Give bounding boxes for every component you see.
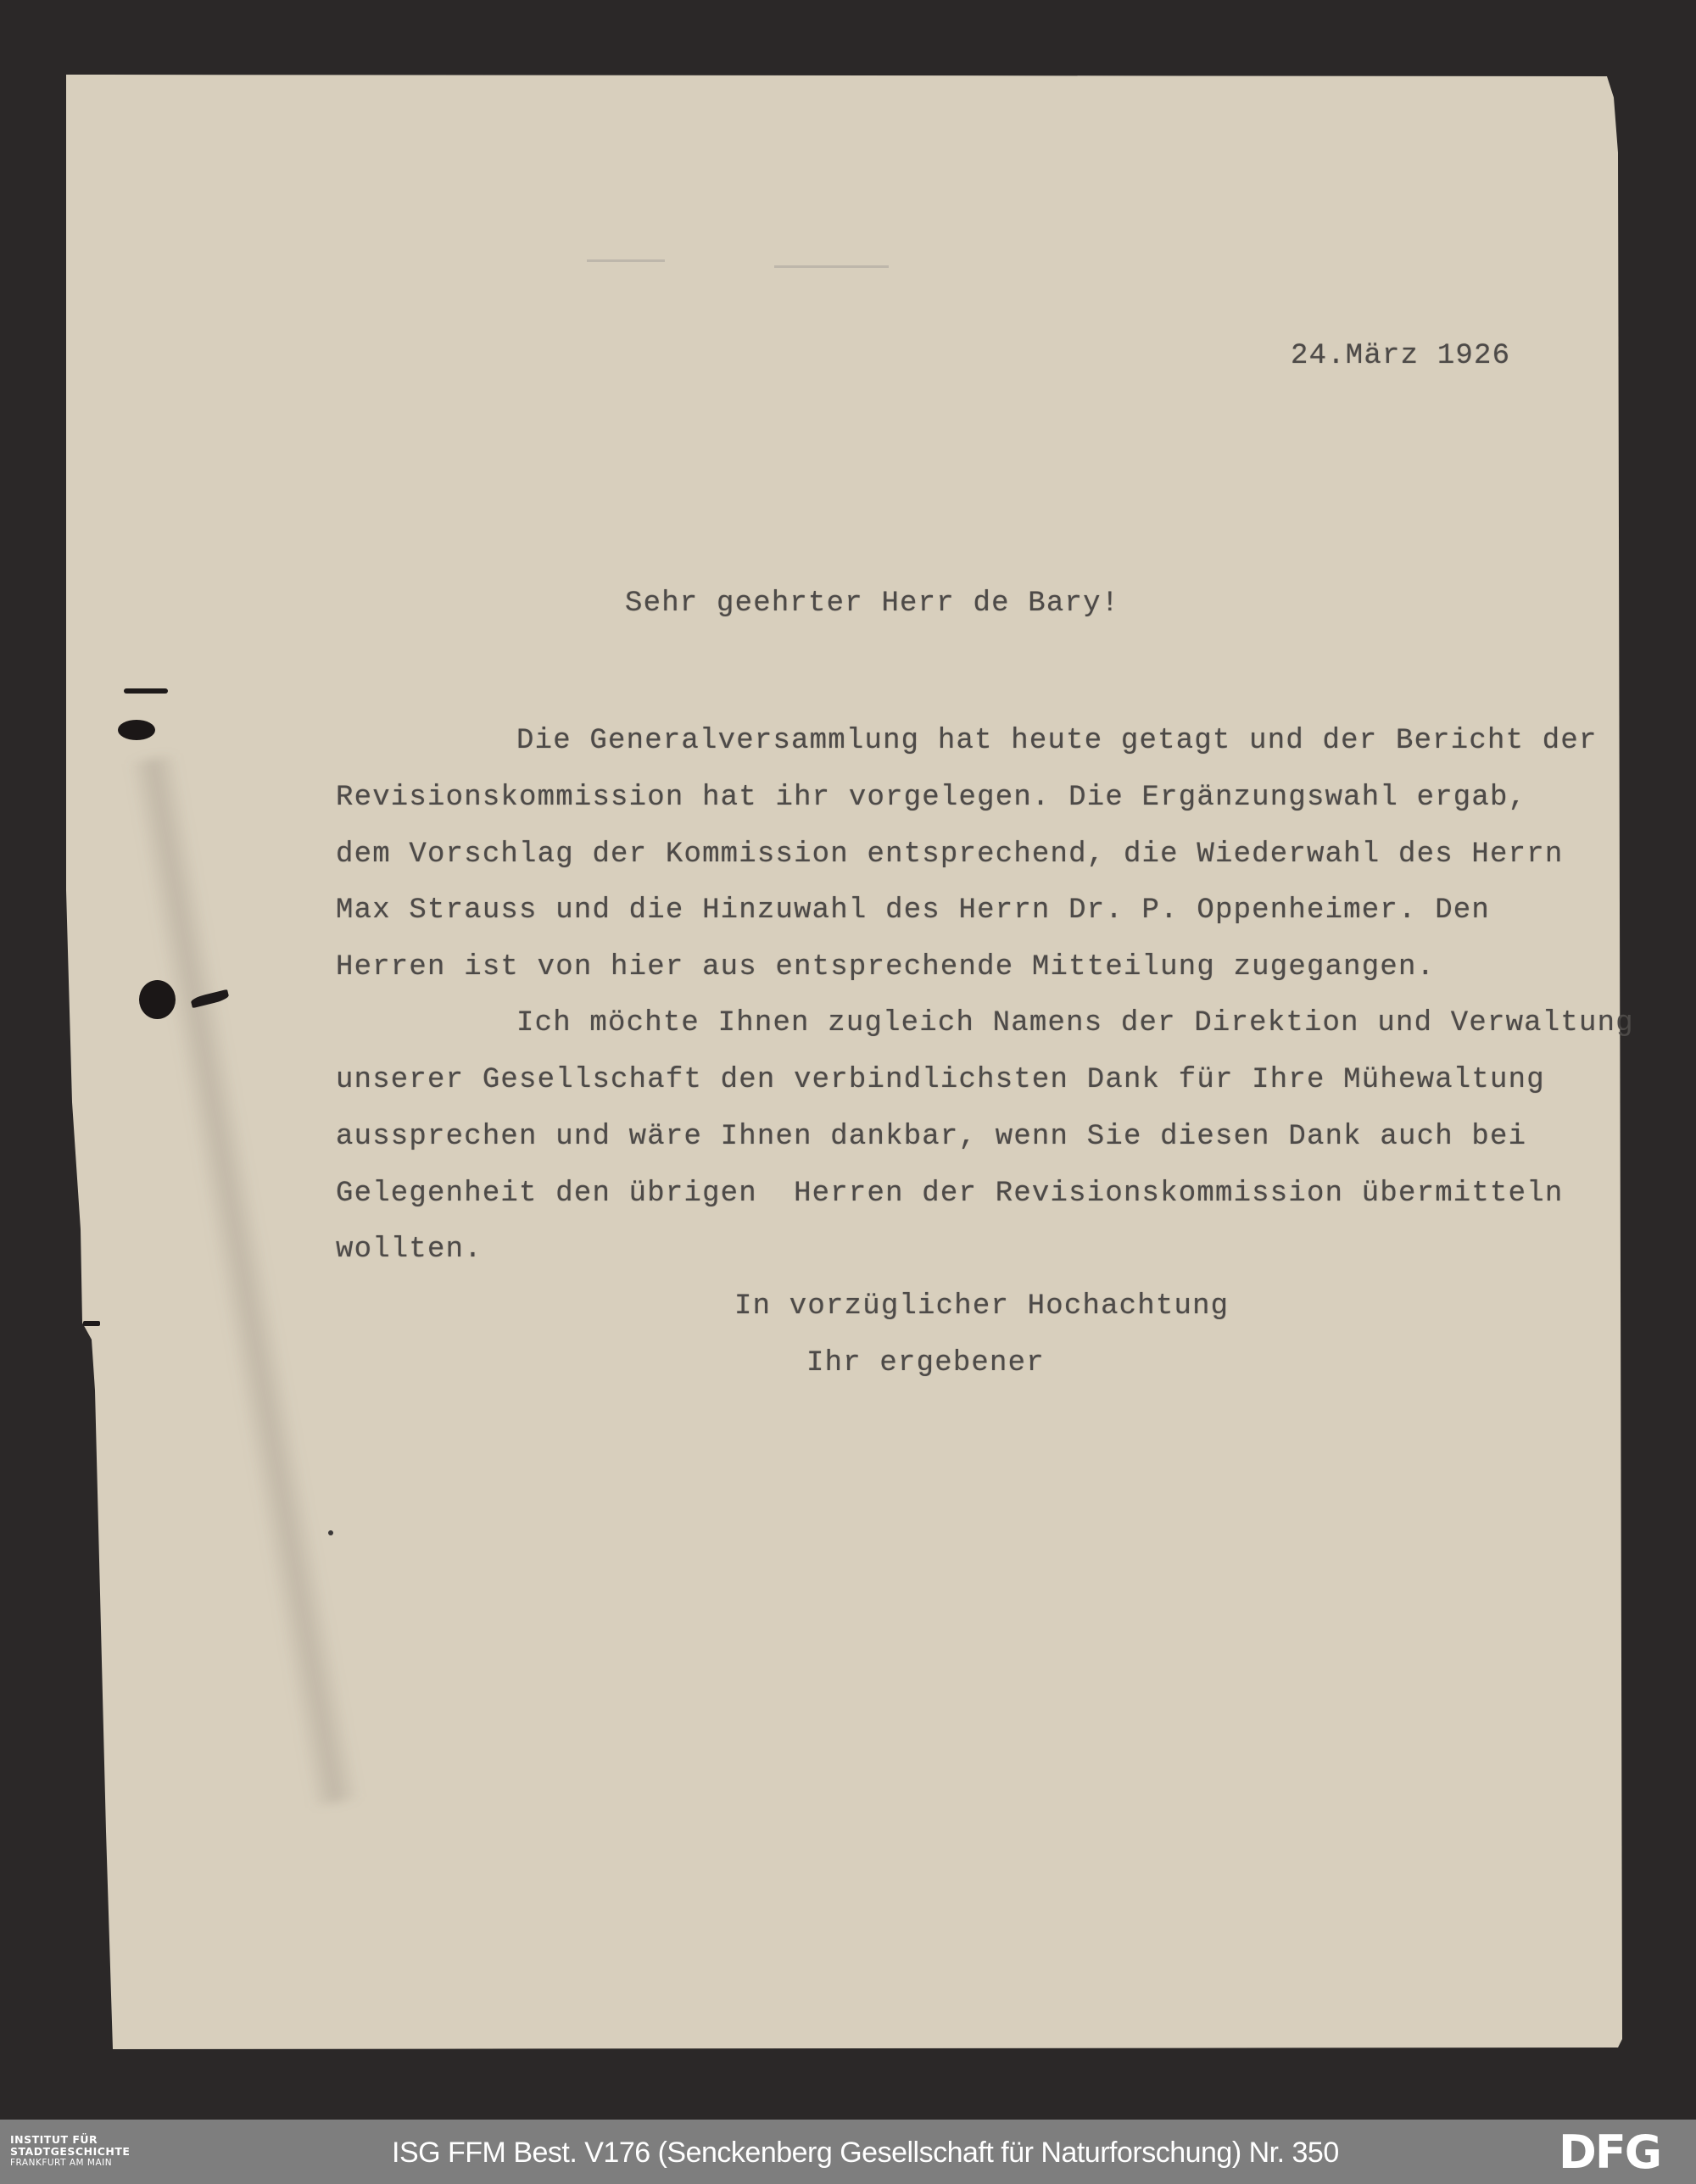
letter-signoff: Ihr ergebener bbox=[806, 1349, 1045, 1378]
body-line: Gelegenheit den übrigen Herren der Revis… bbox=[336, 1179, 1563, 1208]
letter-date: 24.März 1926 bbox=[1291, 342, 1510, 370]
body-line: Revisionskommission hat ihr vorgelegen. … bbox=[336, 783, 1526, 812]
body-line: Ich möchte Ihnen zugleich Namens der Dir… bbox=[516, 1009, 1634, 1038]
filing-mark bbox=[124, 688, 168, 694]
punch-hole-bottom bbox=[139, 980, 176, 1019]
isg-logo-line-1: INSTITUT FÜR bbox=[10, 2135, 130, 2146]
faint-letterhead-line-left bbox=[587, 259, 665, 262]
letter-salutation: Sehr geehrter Herr de Bary! bbox=[625, 589, 1119, 618]
archive-reference-caption: ISG FFM Best. V176 (Senckenberg Gesellsc… bbox=[392, 2137, 1339, 2170]
ink-speck bbox=[328, 1530, 333, 1535]
body-line: dem Vorschlag der Kommission entsprechen… bbox=[336, 840, 1563, 869]
body-line: Herren ist von hier aus entsprechende Mi… bbox=[336, 953, 1435, 982]
body-line: aussprechen und wäre Ihnen dankbar, wenn… bbox=[336, 1123, 1526, 1151]
punch-hole-top bbox=[118, 720, 155, 740]
archive-footer: INSTITUT FÜR STADTGESCHICHTE FRANKFURT A… bbox=[0, 2120, 1696, 2184]
body-line: Max Strauss und die Hinzuwahl des Herrn … bbox=[336, 896, 1490, 925]
isg-logo-line-2: STADTGESCHICHTE bbox=[10, 2147, 130, 2158]
body-line: Die Generalversammlung hat heute getagt … bbox=[516, 727, 1598, 755]
letter-closing: In vorzüglicher Hochachtung bbox=[734, 1292, 1229, 1321]
faint-letterhead-line-right bbox=[774, 265, 889, 268]
paper-tear-edge bbox=[83, 1321, 100, 1326]
body-line: wollten. bbox=[336, 1235, 483, 1264]
body-line: unserer Gesellschaft den verbindlichsten… bbox=[336, 1066, 1545, 1095]
isg-logo-line-3: FRANKFURT AM MAIN bbox=[10, 2159, 130, 2168]
isg-logo: INSTITUT FÜR STADTGESCHICHTE FRANKFURT A… bbox=[10, 2135, 130, 2168]
dfg-logo: DFG bbox=[1559, 2130, 1660, 2176]
letter-sheet bbox=[0, 0, 1696, 2120]
